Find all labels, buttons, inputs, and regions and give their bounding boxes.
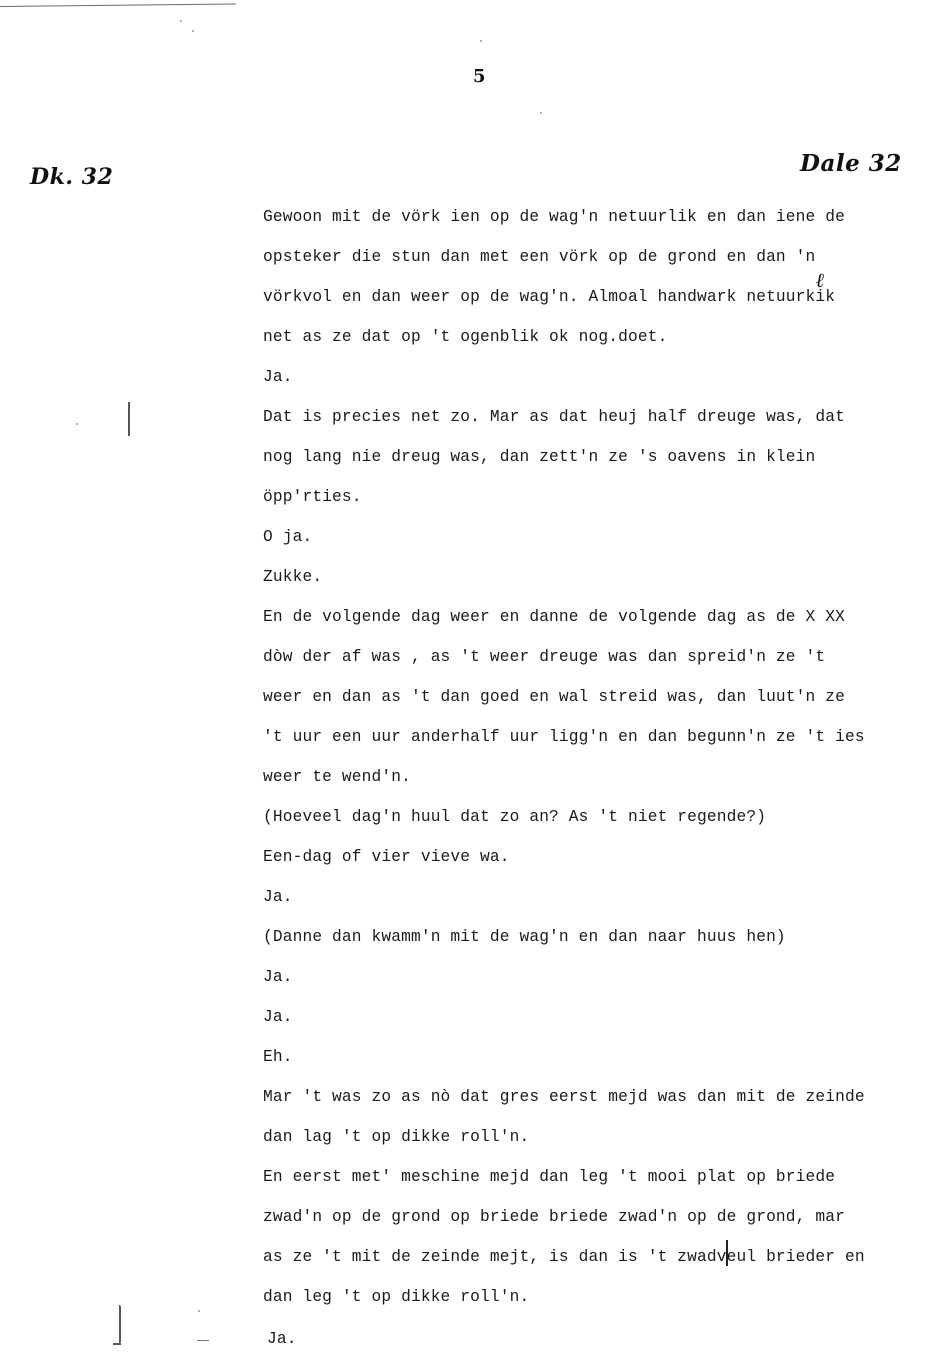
text-line: dan lag 't op dikke roll'n. xyxy=(263,1124,903,1164)
text-line: Ja. xyxy=(263,1326,903,1366)
text-line: weer te wend'n. xyxy=(263,764,903,804)
text-line: zwad'n op de grond op briede briede zwad… xyxy=(263,1204,903,1244)
scan-speck xyxy=(480,40,482,42)
margin-bracket-mark xyxy=(119,1305,121,1343)
text-line: Ja. xyxy=(263,964,903,1004)
text-line: net as ze dat op 't ogenblik ok nog.doet… xyxy=(263,324,903,364)
text-line: Ja. xyxy=(263,884,903,924)
scan-edge-line xyxy=(0,4,236,7)
handwritten-reference-left: Dk. 32 xyxy=(30,164,113,190)
text-line: Mar 't was zo as nò dat gres eerst mejd … xyxy=(263,1084,903,1124)
text-line: öpp'rties. xyxy=(263,484,903,524)
scan-speck xyxy=(76,423,78,425)
text-line: Dat is precies net zo. Mar as dat heuj h… xyxy=(263,404,903,444)
text-line: (Hoeveel dag'n huul dat zo an? As 't nie… xyxy=(263,804,903,844)
text-line: opsteker die stun dan met een vörk op de… xyxy=(263,244,903,284)
scan-speck xyxy=(180,20,182,22)
scan-speck xyxy=(540,112,542,114)
scan-speck xyxy=(198,1310,200,1312)
margin-dash-mark xyxy=(197,1340,209,1341)
text-line: Eh. xyxy=(263,1044,903,1084)
text-line: Zukke. xyxy=(263,564,903,604)
text-line: dan leg 't op dikke roll'n. xyxy=(263,1284,903,1324)
text-line: Ja. xyxy=(263,364,903,404)
text-line: Gewoon mit de vörk ien op de wag'n netuu… xyxy=(263,204,903,244)
handwritten-reference-right: Dale 32 xyxy=(800,150,902,177)
text-line: 't uur een uur anderhalf uur ligg'n en d… xyxy=(263,724,903,764)
text-line: as ze 't mit de zeinde mejt, is dan is '… xyxy=(263,1244,903,1284)
text-line: dòw der af was , as 't weer dreuge was d… xyxy=(263,644,903,684)
text-line: vörkvol en dan weer op de wag'n. Almoal … xyxy=(263,284,903,324)
scan-speck xyxy=(192,30,194,32)
margin-bracket-foot xyxy=(113,1343,121,1345)
text-line: En eerst met' meschine mejd dan leg 't m… xyxy=(263,1164,903,1204)
text-line: weer en dan as 't dan goed en wal streid… xyxy=(263,684,903,724)
text-line: O ja. xyxy=(263,524,903,564)
text-line: En de volgende dag weer en danne de volg… xyxy=(263,604,903,644)
transcript-body: Gewoon mit de vörk ien op de wag'n netuu… xyxy=(263,204,903,1366)
text-line: (Danne dan kwamm'n mit de wag'n en dan n… xyxy=(263,924,903,964)
text-line: Ja. xyxy=(263,1004,903,1044)
text-line: nog lang nie dreug was, dan zett'n ze 's… xyxy=(263,444,903,484)
margin-mark xyxy=(128,402,130,436)
page-number: 5 xyxy=(473,66,486,87)
text-line: Een-dag of vier vieve wa. xyxy=(263,844,903,884)
